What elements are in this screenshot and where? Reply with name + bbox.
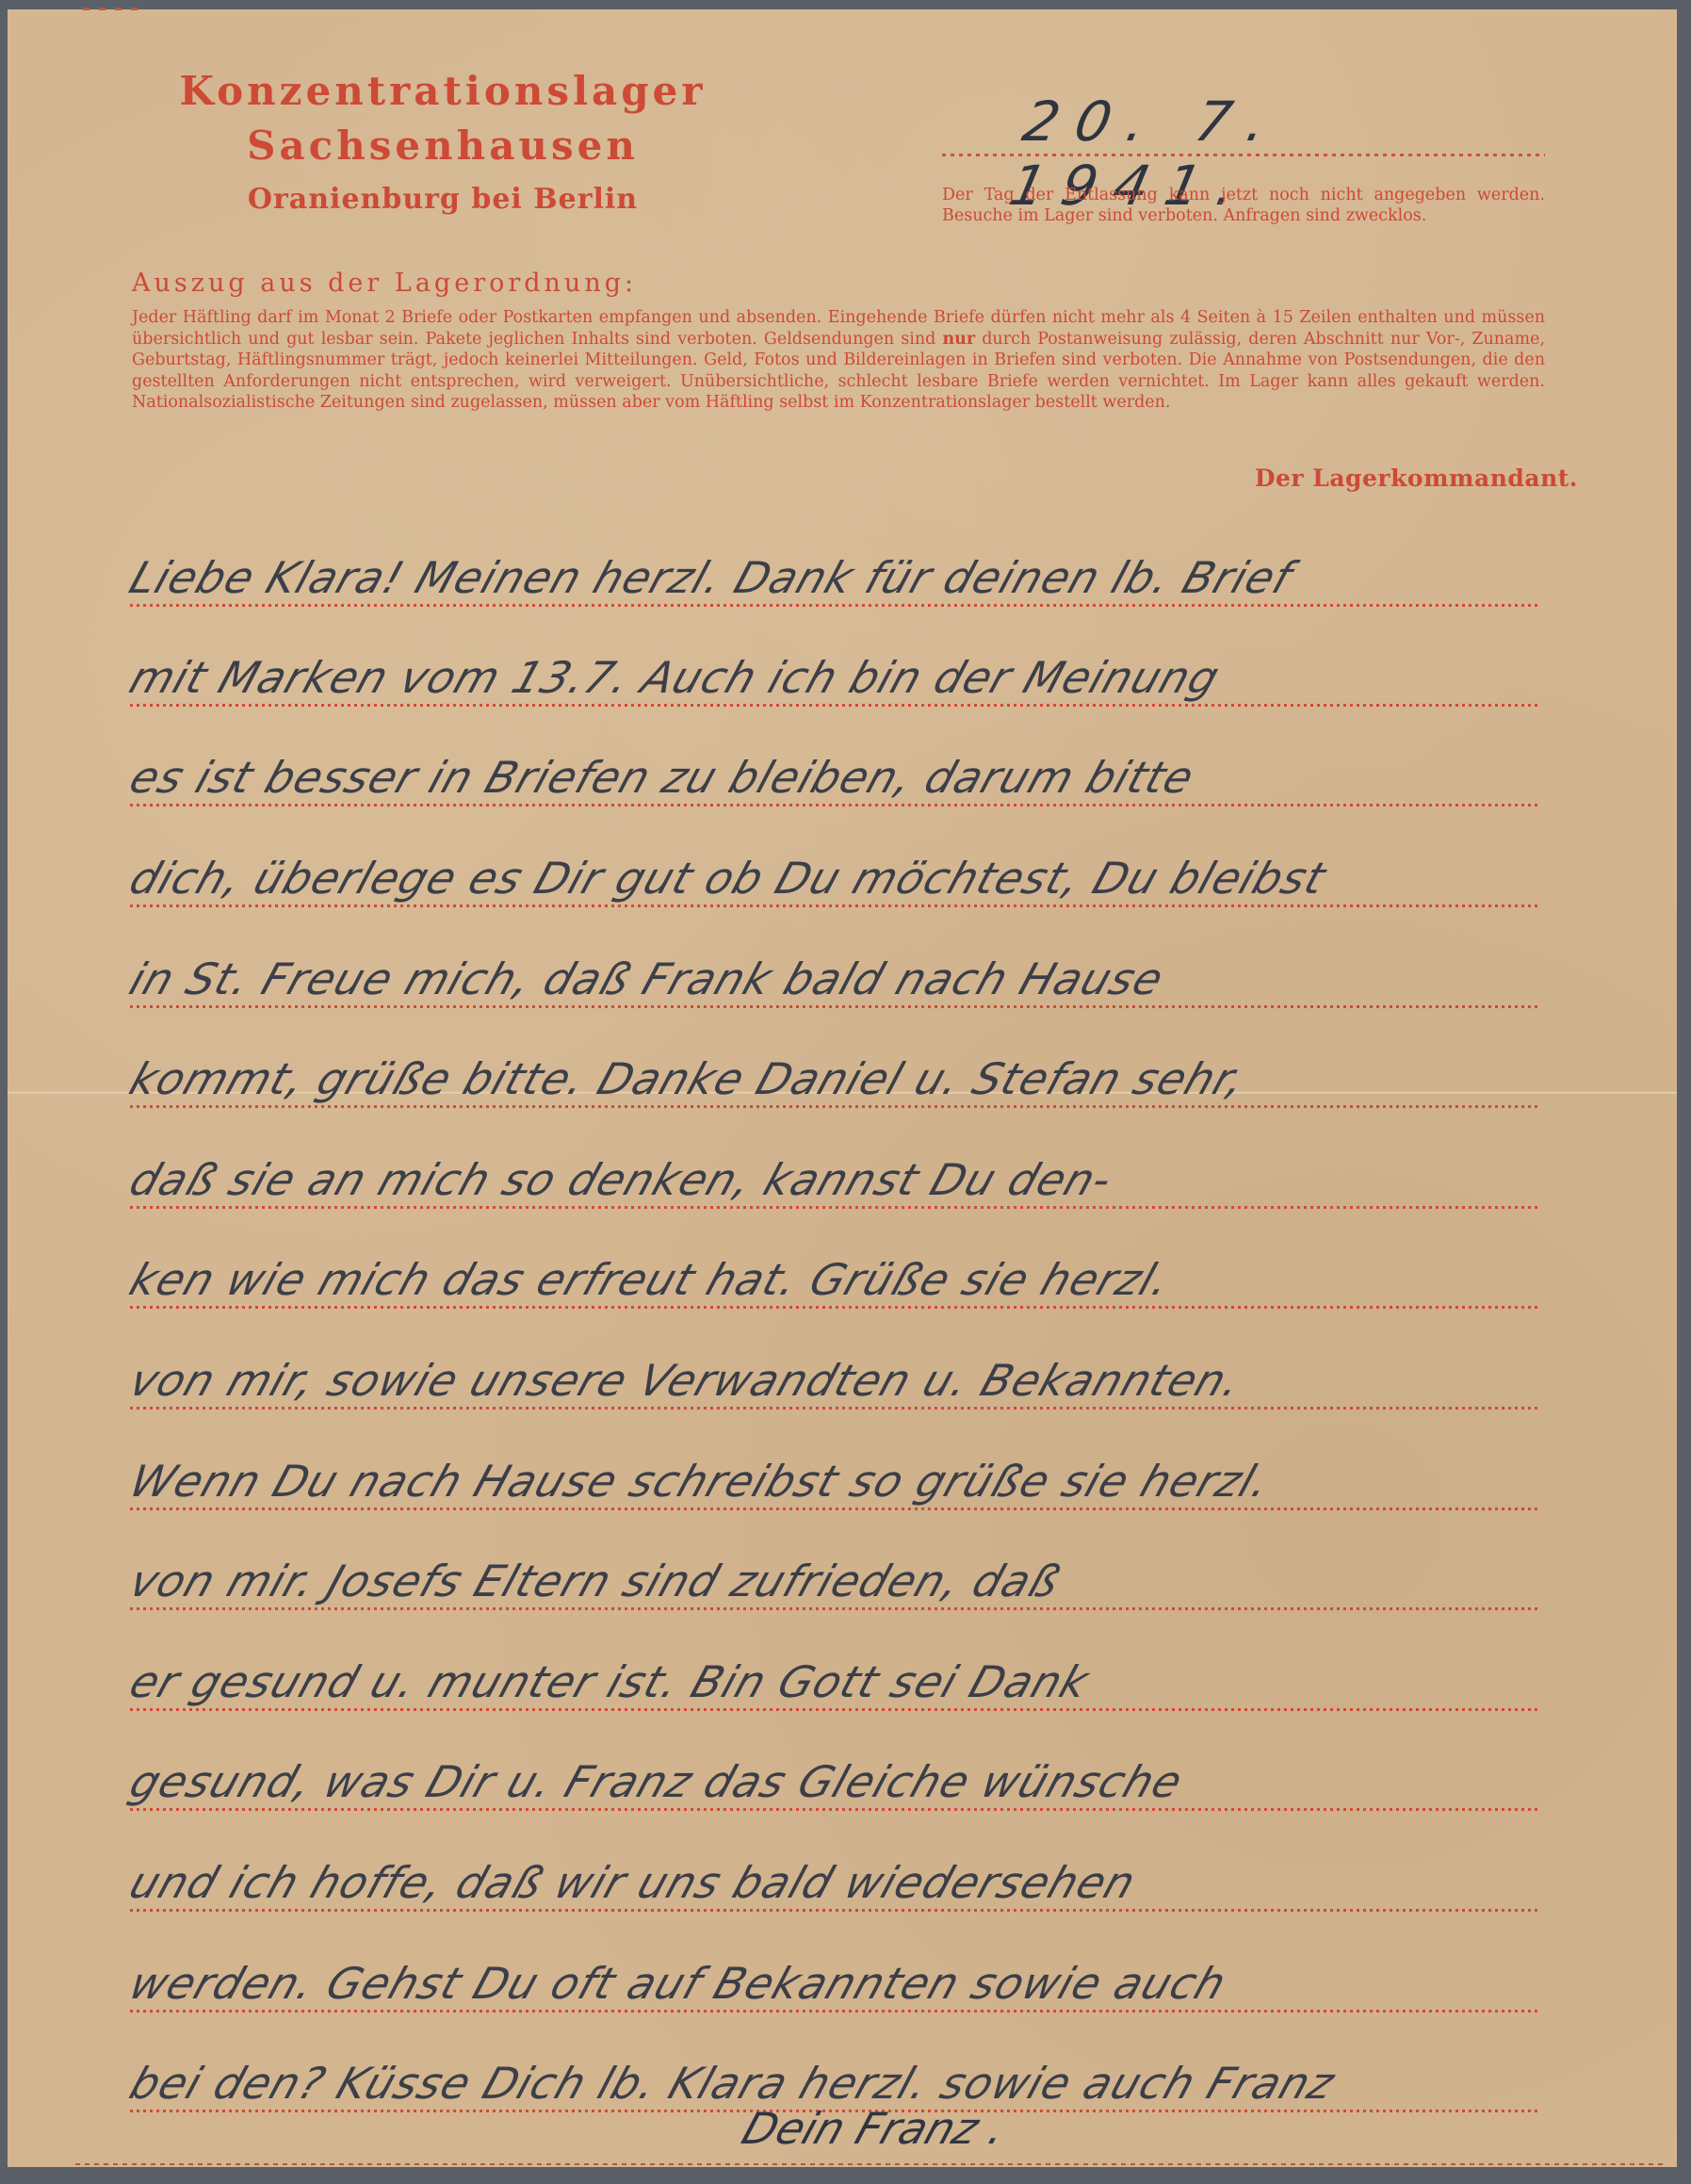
ruled-line [130, 1306, 1538, 1309]
letter-line: gesund, was Dir u. Franz das Gleiche wün… [123, 1756, 1553, 1807]
ruled-line [130, 2010, 1538, 2013]
letter-line: Wenn Du nach Hause schreibst so grüße si… [123, 1456, 1553, 1507]
letter-line: und ich hoffe, daß wir uns bald wiederse… [123, 1857, 1553, 1908]
ruled-line [130, 1105, 1538, 1108]
letter-line: kommt, grüße bitte. Danke Daniel u. Stef… [123, 1053, 1553, 1104]
ruled-line [130, 1708, 1538, 1711]
ruled-line [130, 1005, 1538, 1008]
ruled-line [130, 1206, 1538, 1209]
letter-closing-signature: Dein Franz . [736, 2103, 1013, 2154]
letter-line: Liebe Klara! Meinen herzl. Dank für dein… [123, 552, 1553, 603]
letter-line: in St. Freue mich, daß Frank bald nach H… [123, 953, 1553, 1004]
ruled-line [130, 1909, 1538, 1912]
ruled-line [130, 1607, 1538, 1610]
ruled-line [130, 1407, 1538, 1410]
ruled-line [130, 704, 1538, 707]
letter-line: von mir. Josefs Eltern sind zufrieden, d… [123, 1556, 1553, 1606]
ruled-line [130, 905, 1538, 907]
ruled-line [130, 1508, 1538, 1510]
letter-line: ken wie mich das erfreut hat. Grüße sie … [123, 1254, 1553, 1305]
letter-line: es ist besser in Briefen zu bleiben, dar… [123, 752, 1553, 803]
letter-line: von mir, sowie unsere Verwandten u. Beka… [123, 1355, 1553, 1406]
letter-line: werden. Gehst Du oft auf Bekannten sowie… [123, 1958, 1553, 2009]
ruled-line [130, 604, 1538, 607]
ruled-line [130, 1808, 1538, 1811]
letter-line: dich, überlege es Dir gut ob Du möchtest… [123, 853, 1553, 904]
letter-line: daß sie an mich so denken, kannst Du den… [123, 1154, 1553, 1205]
letter-line: mit Marken vom 13.7. Auch ich bin der Me… [123, 652, 1553, 703]
letter-line: bei den? Küsse Dich lb. Klara herzl. sow… [123, 2058, 1553, 2109]
ruled-line [130, 804, 1538, 807]
letter-line: er gesund u. munter ist. Bin Gott sei Da… [123, 1656, 1553, 1707]
handwritten-letter-body: Liebe Klara! Meinen herzl. Dank für dein… [0, 0, 1691, 2184]
